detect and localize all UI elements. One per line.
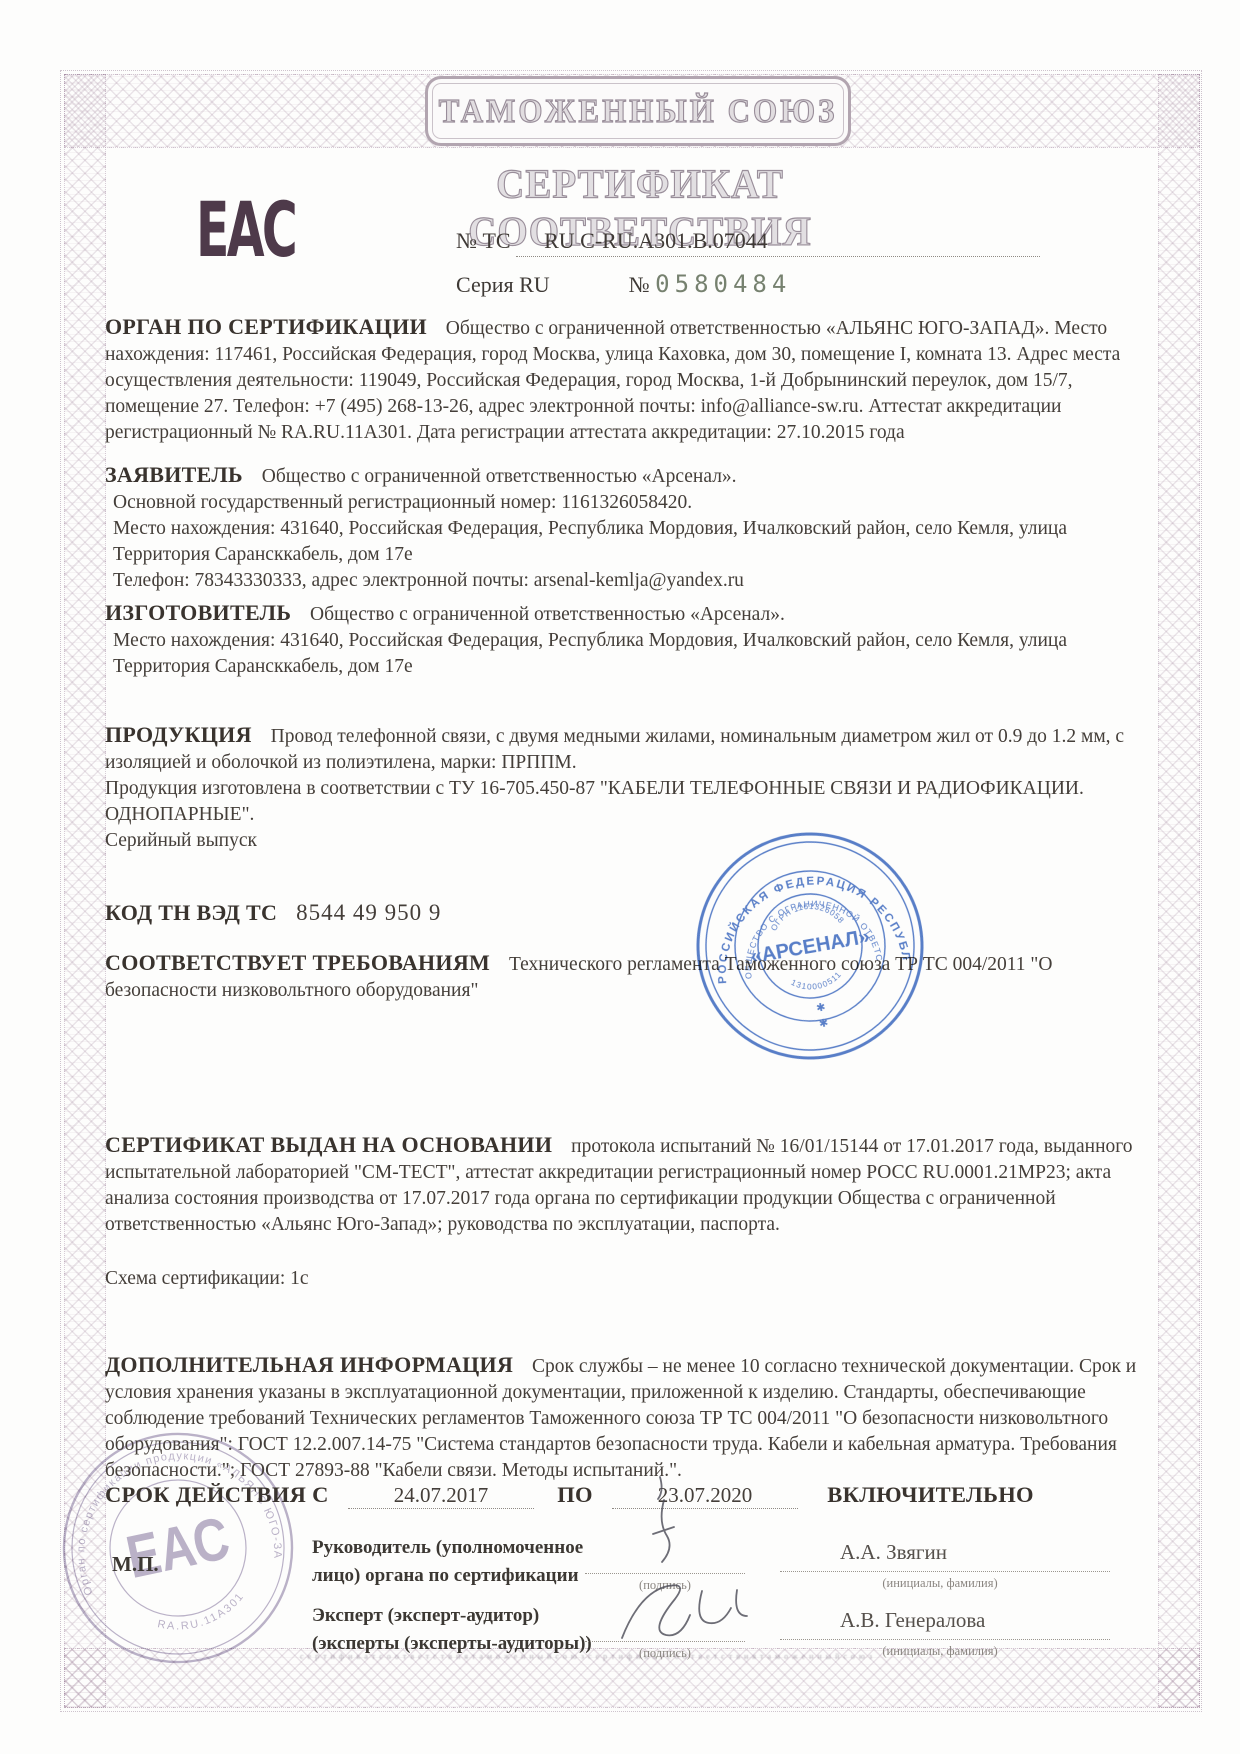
certification-body-heading: ОРГАН ПО СЕРТИФИКАЦИИ [105, 314, 427, 339]
applicant-heading: ЗАЯВИТЕЛЬ [105, 462, 243, 487]
expert-signature-stroke [622, 1585, 747, 1638]
eac-stamp-number-text: RA.RU.11А301 [152, 1588, 252, 1638]
series-number-value: 0580484 [655, 270, 791, 298]
product-intro: Провод телефонной связи, с двумя медными… [105, 726, 1124, 773]
cert-number-value: RU C-RU.А301.В.07044 [516, 228, 1040, 257]
section-applicant: ЗАЯВИТЕЛЬ Общество с ограниченной ответс… [105, 462, 1153, 594]
validity-date-from: 24.07.2017 [348, 1483, 534, 1509]
head-role-line: лицо) органа по сертификации [312, 1562, 592, 1590]
border-band-right [1158, 74, 1200, 1708]
section-certification-body: ОРГАН ПО СЕРТИФИКАЦИИ Общество с огранич… [105, 314, 1153, 446]
manufacturer-intro: Общество с ограниченной ответственностью… [310, 604, 785, 625]
mp-label: М.П. [112, 1552, 159, 1577]
customs-union-badge: ТАМОЖЕННЫЙ СОЮЗ [425, 76, 851, 146]
arsenal-round-stamp: РОССИЙСКАЯ ФЕДЕРАЦИЯ РЕСПУБЛИКА МОРДОВИЯ… [673, 809, 946, 1082]
additional-info-heading: ДОПОЛНИТЕЛЬНАЯ ИНФОРМАЦИЯ [105, 1352, 513, 1377]
stamp-asterisk: ✱ [818, 1017, 829, 1030]
series-number-label: № [629, 272, 650, 297]
product-heading: ПРОДУКЦИЯ [105, 722, 252, 747]
handwritten-signatures [560, 1460, 980, 1690]
applicant-line: Основной государственный регистрационный… [113, 490, 1153, 516]
compliance-heading: СООТВЕТСТВУЕТ ТРЕБОВАНИЯМ [105, 950, 490, 975]
basis-heading: СЕРТИФИКАТ ВЫДАН НА ОСНОВАНИИ [105, 1132, 552, 1157]
validity-label: СРОК ДЕЙСТВИЯ С [105, 1482, 329, 1507]
cert-number-row: № ТС RU C-RU.А301.В.07044 [456, 228, 1040, 257]
stamp-inn-text: 1310000511 [788, 969, 845, 996]
series-row: Серия RU № 0580484 [456, 270, 791, 298]
product-line: Продукция изготовлена в соответствии с Т… [105, 776, 1153, 828]
svg-text:RA.RU.11А301: RA.RU.11А301 [152, 1588, 252, 1638]
head-role-line: Руководитель (уполномоченное [312, 1534, 592, 1562]
manufacturer-line: Место нахождения: 431640, Российская Фед… [113, 628, 1153, 680]
series-label: Серия RU [456, 272, 550, 297]
stamp-center-text: «АРСЕНАЛ» [749, 926, 871, 969]
applicant-line: Место нахождения: 431640, Российская Фед… [113, 516, 1153, 568]
manufacturer-heading: ИЗГОТОВИТЕЛЬ [105, 600, 291, 625]
eac-stamp-center-text: ЕАС [121, 1503, 236, 1591]
head-signature-stroke [653, 1477, 674, 1562]
head-role: Руководитель (уполномоченное лицо) орган… [312, 1534, 592, 1590]
tnved-heading: КОД ТН ВЭД ТС [105, 900, 277, 925]
certificate-page: с е р т и ф и к а т с о о т в е т с т в … [0, 0, 1240, 1754]
section-basis: СЕРТИФИКАТ ВЫДАН НА ОСНОВАНИИ протокола … [105, 1132, 1153, 1292]
section-manufacturer: ИЗГОТОВИТЕЛЬ Общество с ограниченной отв… [105, 600, 1153, 680]
svg-text:1310000511: 1310000511 [788, 969, 845, 996]
eac-mark-logo: ЕАС [196, 194, 295, 267]
cert-number-label: № ТС [456, 228, 511, 253]
applicant-line: Телефон: 78343330333, адрес электронной … [113, 568, 1153, 594]
tnved-value: 8544 49 950 9 [296, 900, 441, 925]
section-product: ПРОДУКЦИЯ Провод телефонной связи, с дву… [105, 722, 1153, 854]
applicant-intro: Общество с ограниченной ответственностью… [262, 466, 737, 487]
customs-union-badge-text: ТАМОЖЕННЫЙ СОЮЗ [439, 92, 838, 131]
stamp-asterisk: ✱ [815, 1001, 826, 1014]
section-tnved: КОД ТН ВЭД ТС 8544 49 950 9 [105, 900, 1153, 928]
certification-scheme: Схема сертификации: 1с [105, 1266, 1153, 1292]
product-line: Серийный выпуск [105, 828, 1153, 854]
